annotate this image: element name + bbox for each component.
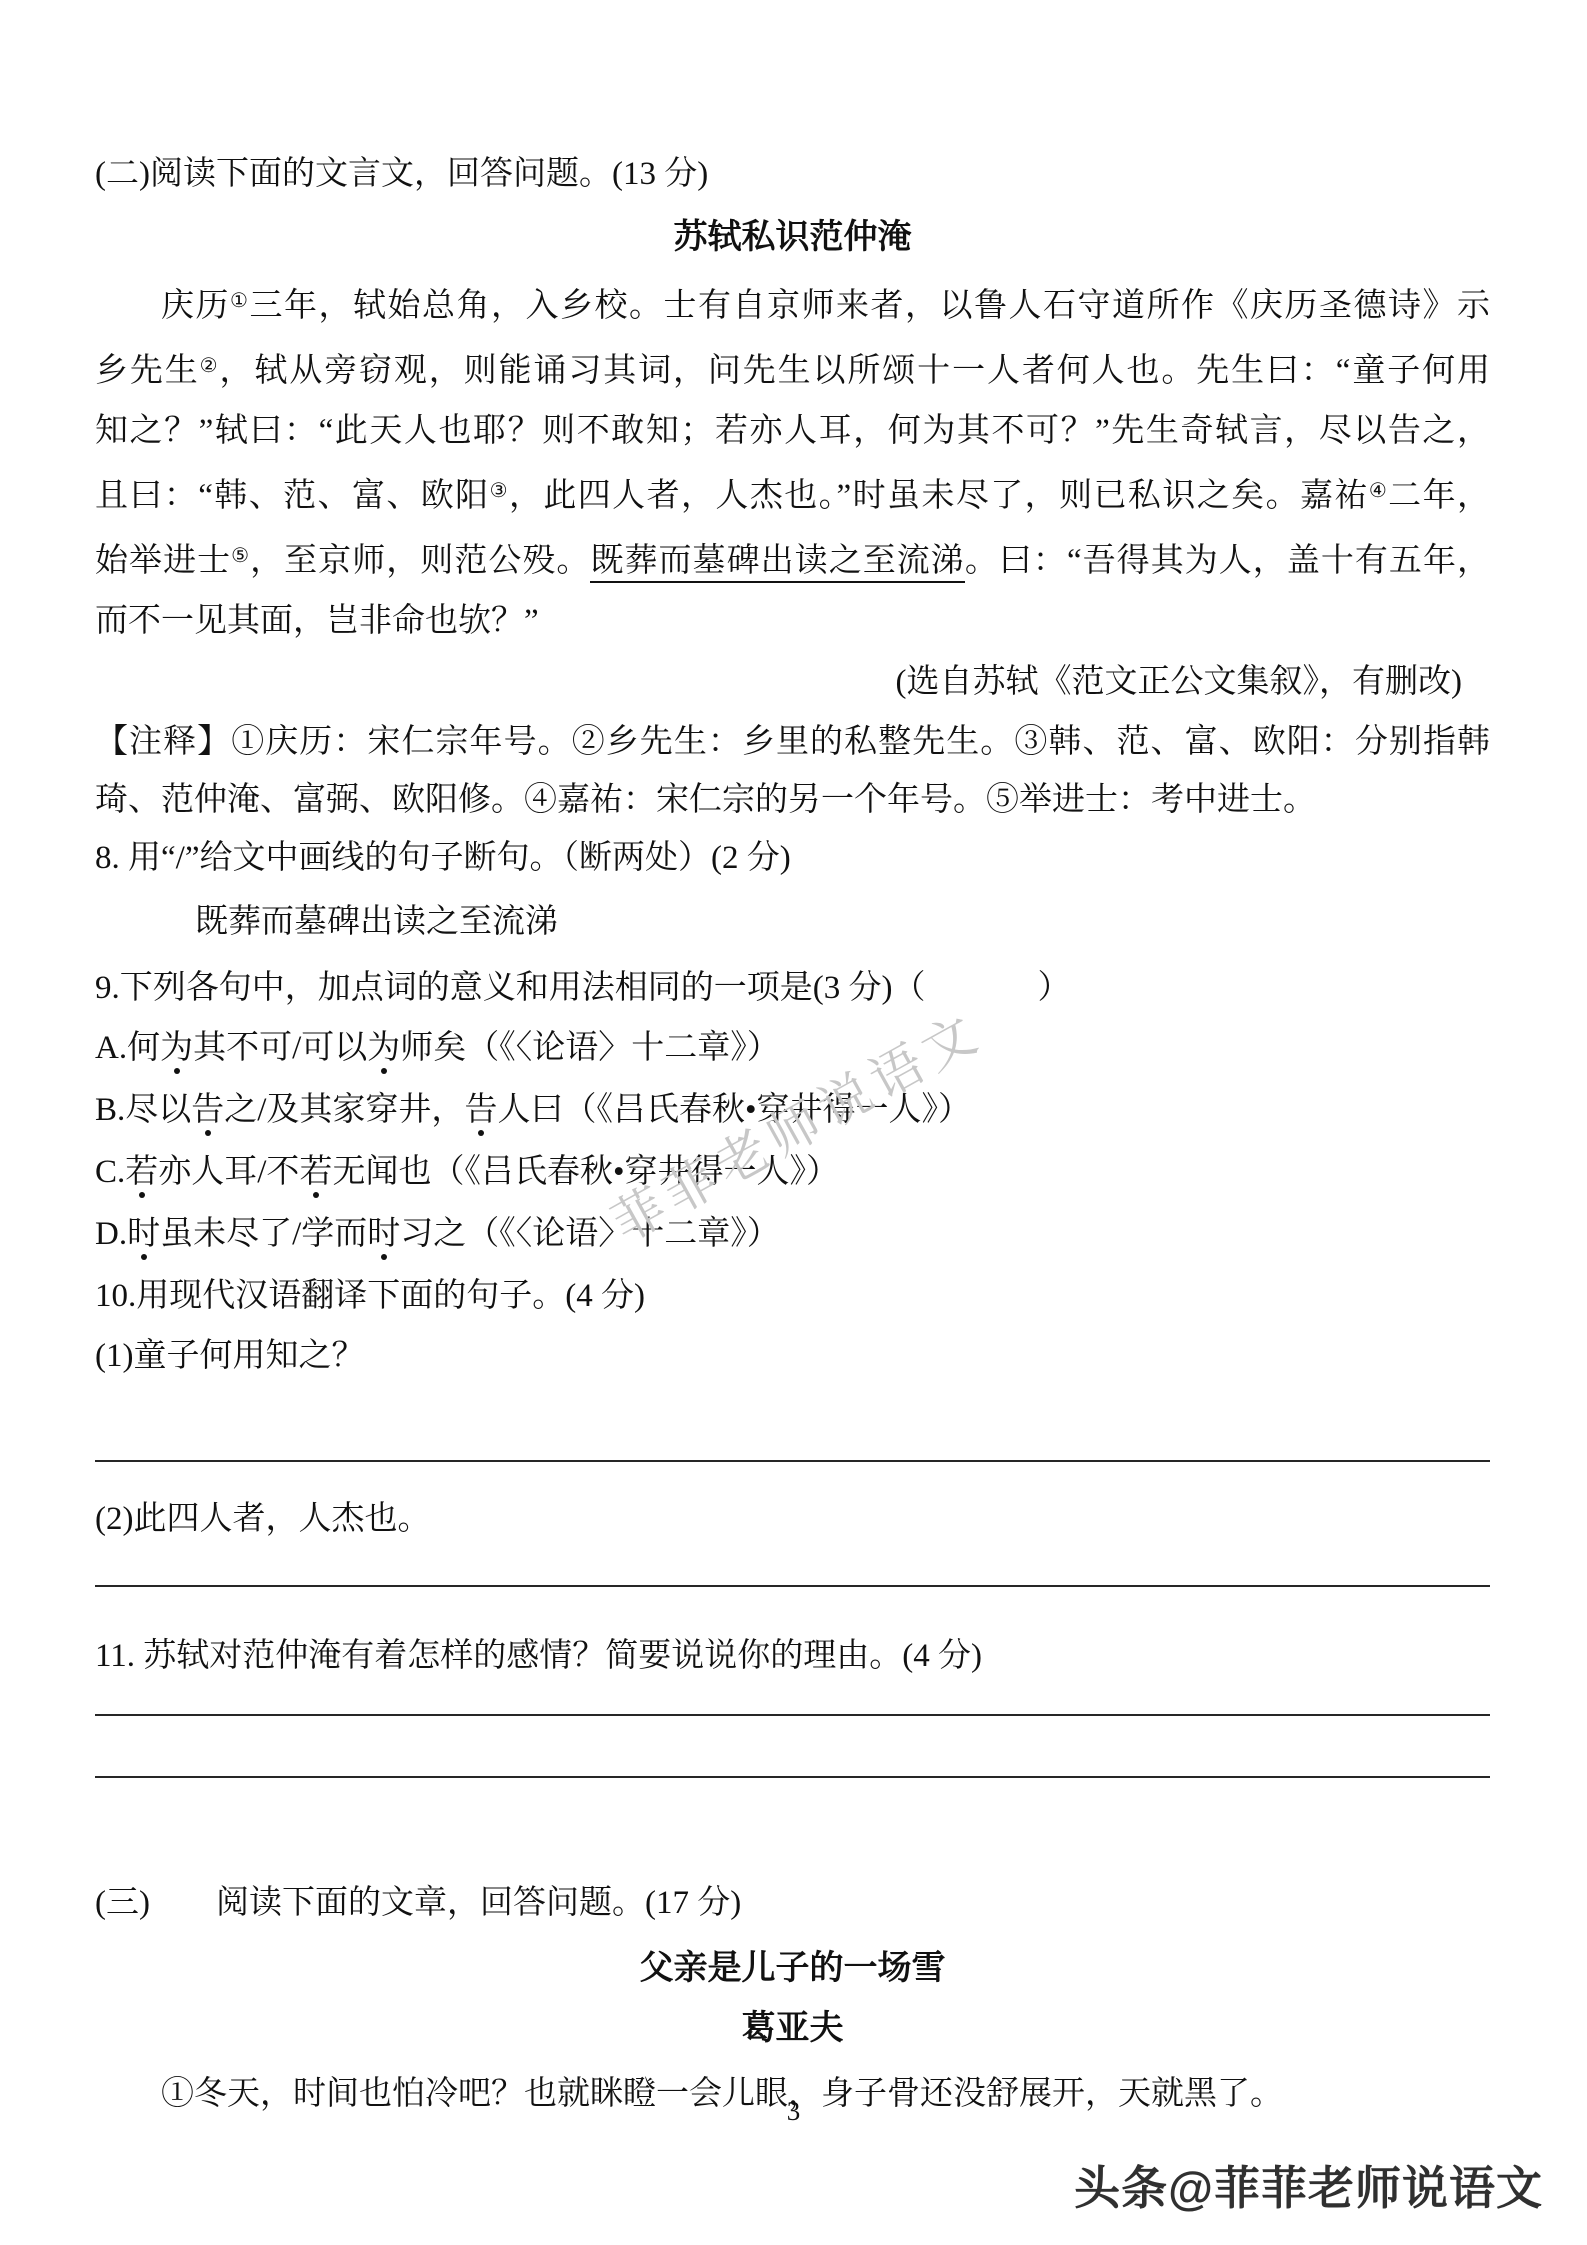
- emphasis-dot-char: 告: [191, 1092, 224, 1128]
- emphasis-dot-char: 若: [299, 1154, 332, 1190]
- text-segment: 师矣（《〈论语〉十二章》）: [400, 1030, 780, 1066]
- passage-source: (选自苏轼《范文正公文集叙》，有删改): [95, 653, 1490, 711]
- text-line: 乡先生②，轼从旁窃观，则能诵习其词，问先生以所颂十一人者何人也。先生曰：“童子何…: [95, 336, 1490, 401]
- section3-heading: (三) 阅读下面的文章，回答问题。(17 分): [95, 1874, 1490, 1932]
- text-segment: B.尽以: [95, 1092, 191, 1128]
- text-line: 知之？”轼曰：“此天人也耶？则不敢知；若亦人耳，何为其不可？”先生奇轼言，尽以告…: [95, 401, 1490, 461]
- emphasis-dot-char: 为: [367, 1030, 400, 1066]
- emphasis-dot-char: 时: [127, 1216, 160, 1252]
- text-segment: 人曰（《吕氏春秋•穿井得一人》）: [497, 1092, 971, 1128]
- footer-watermark: 头条@菲菲老师说语文: [1074, 2152, 1543, 2218]
- question-9-close-paren: ）: [1037, 970, 1070, 1006]
- text-segment: ，至京师，则范公殁。: [250, 543, 590, 579]
- text-line: 且曰：“韩、范、富、欧阳③，此四人者，人杰也。”时虽未尽了，则已私识之矣。嘉祐④…: [95, 461, 1490, 526]
- passage-notes: 【注释】①庆历：宋仁宗年号。②乡先生：乡里的私整先生。③韩、范、富、欧阳：分别指…: [95, 713, 1490, 829]
- text-line: 而不一见其面，岂非命也欤？”: [95, 591, 1490, 651]
- text-segment: 之/及其家穿井，: [224, 1092, 464, 1128]
- text-segment: 而不一见其面，岂非命也欤？”: [95, 603, 539, 639]
- text-segment: ，此四人者，人杰也。”时虽未尽了，则已私识之矣。嘉祐: [509, 478, 1369, 514]
- text-segment: ，轼从旁窃观，则能诵习其词，问先生以所颂十一人者何人也。先生曰：“童子何用: [219, 353, 1490, 389]
- emphasis-dot-char: 告: [464, 1092, 497, 1128]
- question-9-options: A.何为其不可/可以为师矣（《〈论语〉十二章》）B.尽以告之/及其家穿井，告人曰…: [95, 1019, 1490, 1263]
- text-segment: 乡先生: [95, 353, 200, 389]
- text-segment: 始举进士: [95, 543, 231, 579]
- question-8-sentence: 既葬而墓碑出读之至流涕: [95, 893, 1490, 951]
- option-row: B.尽以告之/及其家穿井，告人曰（《吕氏春秋•穿井得一人》）: [95, 1081, 1490, 1139]
- text-segment: 亦人耳/不: [158, 1154, 299, 1190]
- text-line: 庆历①三年，轼始总角，入乡校。士有自京师来者，以鲁人石守道所作《庆历圣德诗》示: [95, 271, 1490, 336]
- emphasis-dot-char: 若: [125, 1154, 158, 1190]
- page-number: 3: [0, 2093, 1587, 2129]
- text-segment: 。曰：“吾得其为人，盖十有五年，: [965, 543, 1490, 579]
- text-segment: 知之？”轼曰：“此天人也耶？则不敢知；若亦人耳，何为其不可？”先生奇轼言，尽以告…: [95, 413, 1490, 449]
- answer-line: [95, 1685, 1490, 1716]
- circled-number-superscript: ③: [490, 480, 509, 502]
- answer-line: [95, 1385, 1490, 1462]
- text-segment: C.: [95, 1154, 125, 1190]
- text-segment: 且曰：“韩、范、富、欧阳: [95, 478, 490, 514]
- text-segment: 三年，轼始总角，入乡校。士有自京师来者，以鲁人石守道所作《庆历圣德诗》示: [249, 288, 1490, 324]
- passage-title: 苏轼私识范仲淹: [95, 209, 1490, 267]
- emphasis-dot-char: 时: [367, 1216, 400, 1252]
- text-segment: 习之（《〈论语〉十二章》）: [400, 1216, 780, 1252]
- answer-line: [95, 1716, 1490, 1778]
- question-10-sub2: (2)此四人者，人杰也。: [95, 1490, 1490, 1548]
- text-segment: 虽未尽了/学而: [160, 1216, 367, 1252]
- circled-number-superscript: ⑤: [231, 545, 250, 567]
- text-line: 始举进士⑤，至京师，则范公殁。既葬而墓碑出读之至流涕。曰：“吾得其为人，盖十有五…: [95, 526, 1490, 591]
- circled-number-superscript: ①: [230, 290, 249, 312]
- circled-number-superscript: ②: [200, 355, 220, 377]
- question-10: 10.用现代汉语翻译下面的句子。(4 分): [95, 1267, 1490, 1325]
- essay-title: 父亲是儿子的一场雪: [95, 1940, 1490, 1998]
- question-9: 9.下列各句中，加点词的意义和用法相同的一项是(3 分)（）: [95, 959, 1490, 1017]
- text-segment: 其不可/可以: [193, 1030, 367, 1066]
- classical-passage: 庆历①三年，轼始总角，入乡校。士有自京师来者，以鲁人石守道所作《庆历圣德诗》示乡…: [95, 271, 1490, 651]
- text-line: 琦、范仲淹、富弼、欧阳修。④嘉祐：宋仁宗的另一个年号。⑤举进士：考中进士。: [95, 771, 1490, 829]
- option-row: A.何为其不可/可以为师矣（《〈论语〉十二章》）: [95, 1019, 1490, 1077]
- question-11: 11. 苏轼对范仲淹有着怎样的感情？简要说说你的理由。(4 分): [95, 1627, 1490, 1685]
- underlined-clause: 既葬而墓碑出读之至流涕: [590, 543, 964, 583]
- text-segment: A.何: [95, 1030, 160, 1066]
- section2-heading: (二)阅读下面的文言文，回答问题。(13 分): [95, 145, 1490, 203]
- essay-author: 葛亚夫: [95, 2000, 1490, 2058]
- question-10-sub1: (1)童子何用知之？: [95, 1327, 1490, 1385]
- emphasis-dot-char: 为: [160, 1030, 193, 1066]
- circled-number-superscript: ④: [1369, 480, 1388, 502]
- question-8: 8. 用“/”给文中画线的句子断句。（断两处）(2 分): [95, 829, 1490, 887]
- exam-paper-page: (二)阅读下面的文言文，回答问题。(13 分) 苏轼私识范仲淹 庆历①三年，轼始…: [0, 0, 1587, 2245]
- text-line: 【注释】①庆历：宋仁宗年号。②乡先生：乡里的私整先生。③韩、范、富、欧阳：分别指…: [95, 713, 1490, 771]
- option-row: D.时虽未尽了/学而时习之（《〈论语〉十二章》）: [95, 1205, 1490, 1263]
- text-segment: 庆历: [161, 288, 230, 324]
- option-row: C.若亦人耳/不若无闻也（《吕氏春秋•穿井得一人》）: [95, 1143, 1490, 1201]
- text-segment: 无闻也（《吕氏春秋•穿井得一人》）: [332, 1154, 839, 1190]
- answer-line: [95, 1548, 1490, 1587]
- question-9-stem: 9.下列各句中，加点词的意义和用法相同的一项是(3 分)（: [95, 970, 925, 1006]
- text-segment: 二年，: [1388, 478, 1490, 514]
- text-segment: D.: [95, 1216, 127, 1252]
